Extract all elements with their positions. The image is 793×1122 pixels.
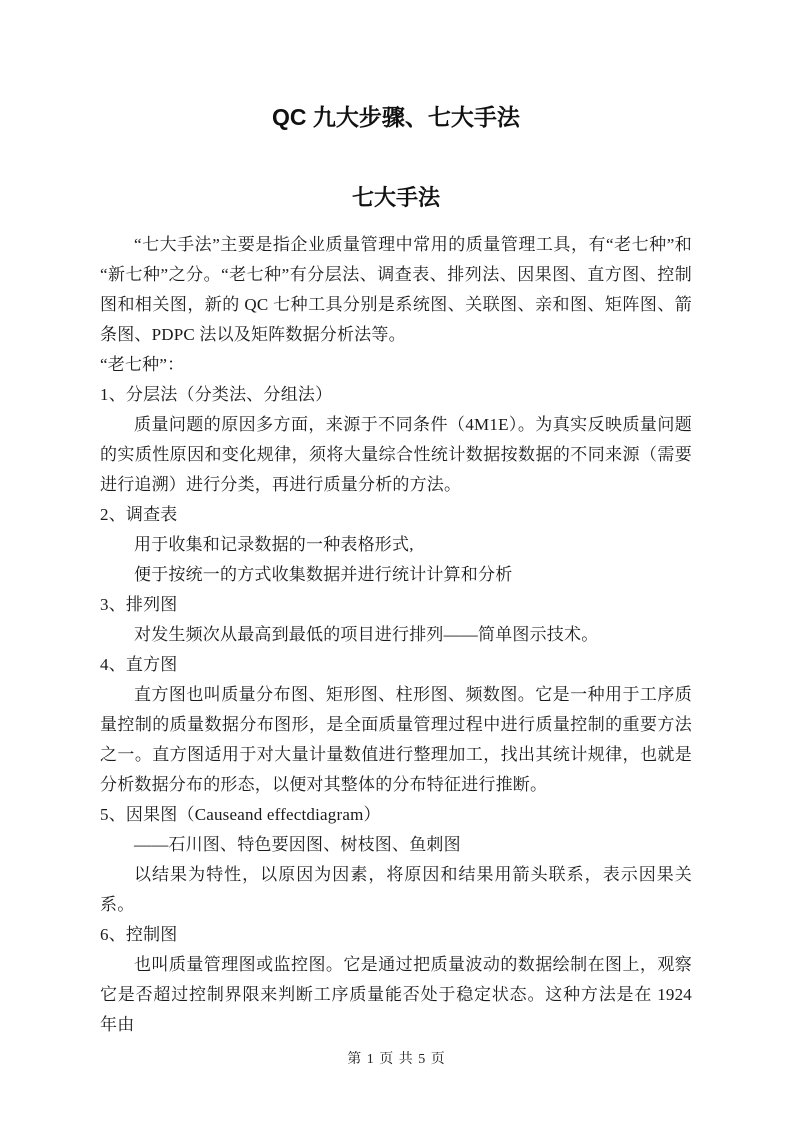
item-2-paragraph: 便于按统一的方式收集数据并进行统计计算和分析	[100, 560, 692, 590]
item-1-heading: 1、分层法（分类法、分组法）	[100, 380, 692, 410]
item-5-heading: 5、因果图（Causeand effectdiagram）	[100, 800, 692, 830]
item-5-paragraph: 以结果为特性，以原因为因素，将原因和结果用箭头联系，表示因果关系。	[100, 860, 692, 920]
item-3-paragraph: 对发生频次从最高到最低的项目进行排列——简单图示技术。	[100, 620, 692, 650]
old-seven-label: “老七种”：	[100, 350, 692, 380]
item-2-paragraph: 用于收集和记录数据的一种表格形式,	[100, 530, 692, 560]
item-5-paragraph: ——石川图、特色要因图、树枝图、鱼刺图	[100, 830, 692, 860]
document-page: QC 九大步骤、七大手法 七大手法 “七大手法”主要是指企业质量管理中常用的质量…	[0, 0, 793, 1122]
item-6-paragraph: 也叫质量管理图或监控图。它是通过把质量波动的数据绘制在图上，观察它是否超过控制界…	[100, 950, 692, 1040]
document-title: QC 九大步骤、七大手法	[100, 0, 692, 134]
item-6-heading: 6、控制图	[100, 920, 692, 950]
item-4-paragraph: 直方图也叫质量分布图、矩形图、柱形图、频数图。它是一种用于工序质量控制的质量数据…	[100, 680, 692, 800]
section-heading: 七大手法	[100, 183, 692, 213]
item-3-heading: 3、排列图	[100, 590, 692, 620]
item-4-heading: 4、直方图	[100, 650, 692, 680]
intro-paragraph: “七大手法”主要是指企业质量管理中常用的质量管理工具，有“老七种”和“新七种”之…	[100, 230, 692, 350]
page-number: 第 1 页 共 5 页	[0, 1050, 793, 1070]
item-1-paragraph: 质量问题的原因多方面，来源于不同条件（4M1E）。为真实反映质量问题的实质性原因…	[100, 410, 692, 500]
document-content: QC 九大步骤、七大手法 七大手法 “七大手法”主要是指企业质量管理中常用的质量…	[100, 0, 692, 1040]
item-2-heading: 2、调查表	[100, 500, 692, 530]
